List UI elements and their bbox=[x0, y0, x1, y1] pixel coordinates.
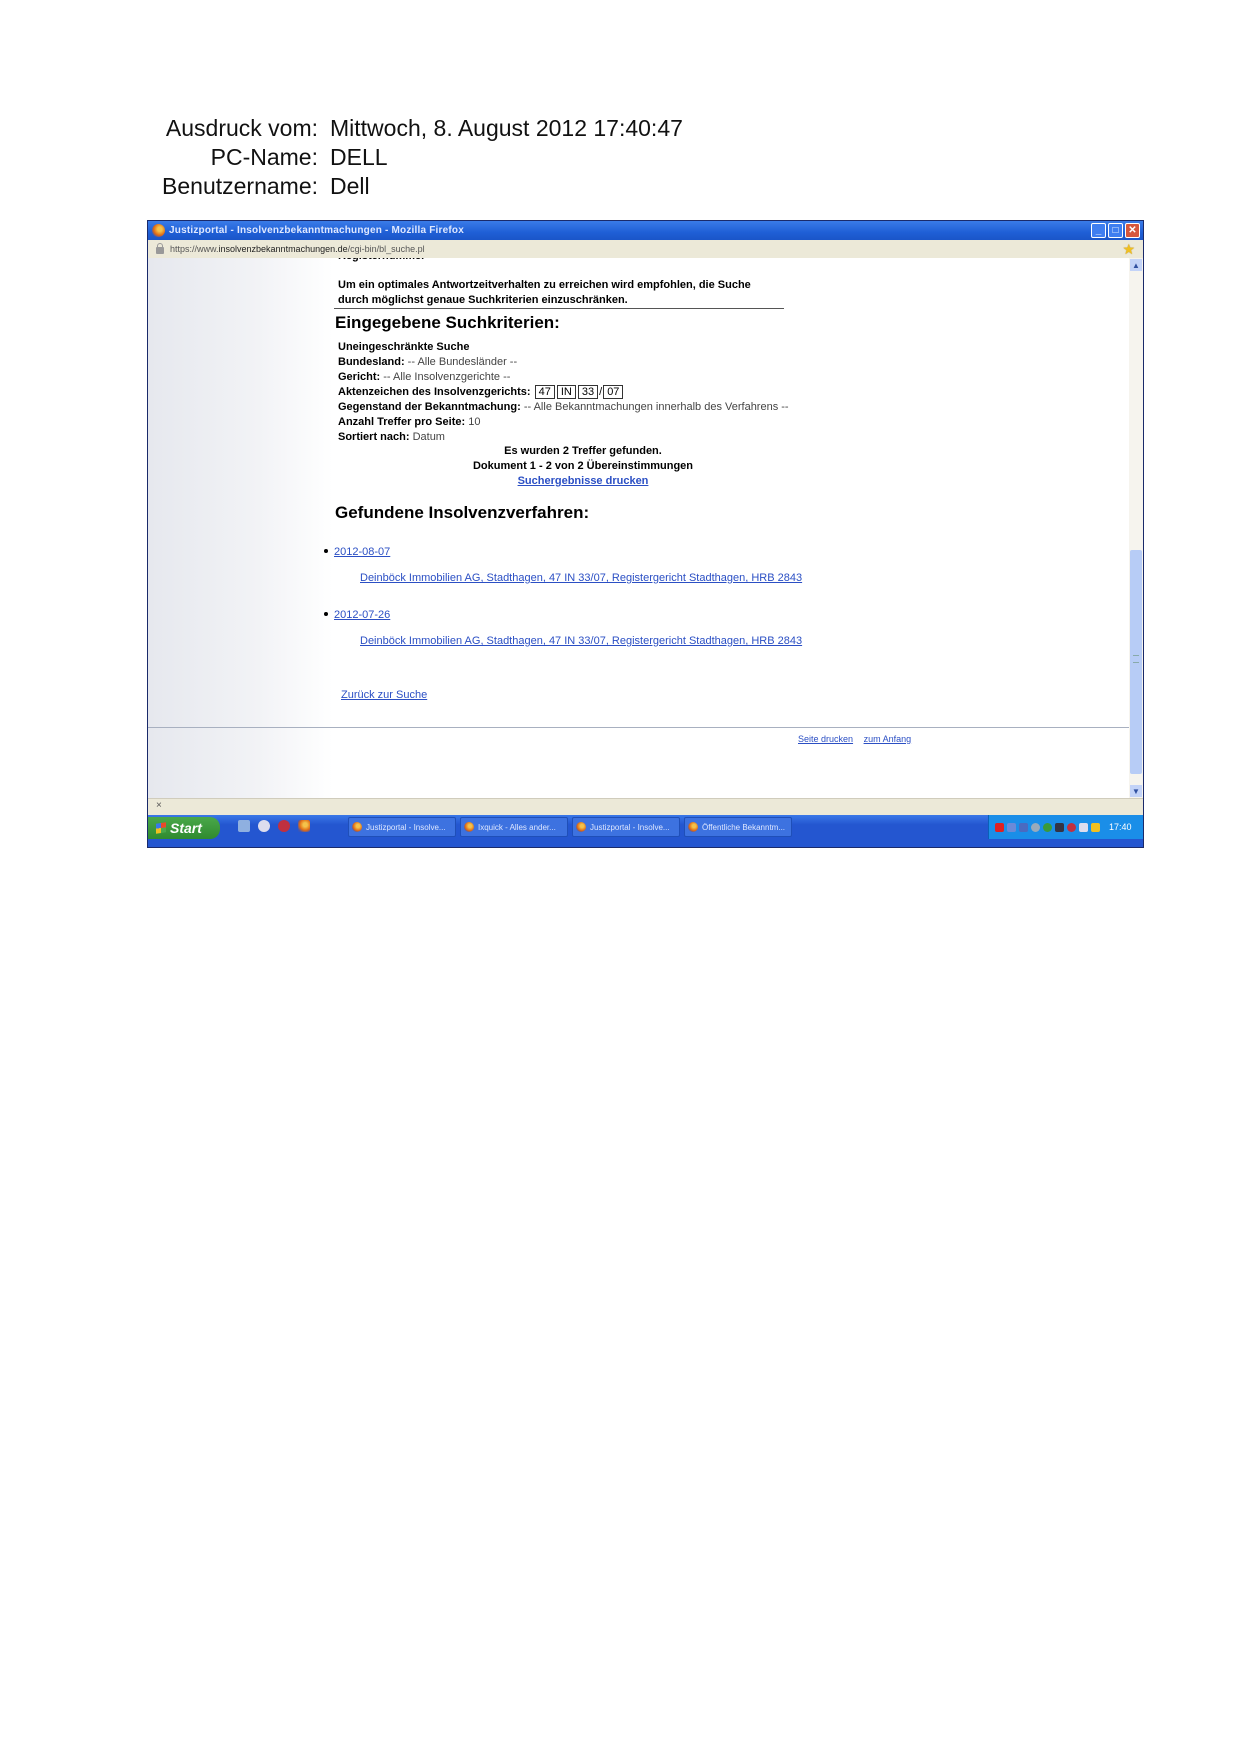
media-player-icon[interactable] bbox=[258, 820, 270, 832]
power-icon[interactable] bbox=[1091, 823, 1100, 832]
divider bbox=[334, 308, 784, 309]
footer-divider bbox=[148, 727, 1129, 728]
firefox-icon bbox=[152, 224, 165, 237]
gegenstand-value: -- Alle Bekanntmachungen innerhalb des V… bbox=[521, 401, 789, 413]
pc-name-row: PC-Name: DELL bbox=[140, 143, 683, 172]
sortiert-label: Sortiert nach: bbox=[338, 431, 410, 443]
minimize-button[interactable]: _ bbox=[1091, 223, 1106, 238]
result-entry-link[interactable]: Deinböck Immobilien AG, Stadthagen, 47 I… bbox=[360, 635, 802, 647]
device-icon[interactable] bbox=[1055, 823, 1064, 832]
username-value: Dell bbox=[330, 172, 370, 201]
print-page-link[interactable]: Seite drucken bbox=[798, 734, 853, 744]
back-to-search-link[interactable]: Zurück zur Suche bbox=[341, 689, 427, 701]
pc-name-label: PC-Name: bbox=[140, 143, 330, 172]
gericht-value: -- Alle Insolvenzgerichte -- bbox=[380, 371, 510, 383]
antivirus-icon[interactable] bbox=[995, 823, 1004, 832]
taskbar-item-label: Justizportal - Insolve... bbox=[366, 823, 446, 832]
taskbar-item-label: Ixquick - Alles ander... bbox=[478, 823, 556, 832]
print-date-label: Ausdruck vom: bbox=[140, 114, 330, 143]
display-icon[interactable] bbox=[1079, 823, 1088, 832]
search-criteria: Uneingeschränkte Suche Bundesland: -- Al… bbox=[338, 340, 789, 445]
app-tray-icon[interactable] bbox=[1067, 823, 1076, 832]
page-viewport: Registernummer Um ein optimales Antwortz… bbox=[148, 258, 1129, 798]
speaker-icon[interactable] bbox=[1031, 823, 1040, 832]
url-text[interactable]: https://www.insolvenzbekanntmachungen.de… bbox=[170, 244, 425, 254]
start-button[interactable]: Start bbox=[148, 817, 220, 839]
to-top-link[interactable]: zum Anfang bbox=[864, 734, 912, 744]
browser-screenshot: Justizportal - Insolvenzbekanntmachungen… bbox=[147, 220, 1144, 848]
vertical-scrollbar[interactable]: ▲ ▼ bbox=[1129, 258, 1143, 798]
result-entry: Deinböck Immobilien AG, Stadthagen, 47 I… bbox=[360, 572, 802, 584]
firefox-icon bbox=[688, 822, 698, 832]
criteria-aktenzeichen: Aktenzeichen des Insolvenzgerichts: 47IN… bbox=[338, 385, 789, 400]
print-results-link[interactable]: Suchergebnisse drucken bbox=[518, 475, 649, 487]
url-path: /cgi-bin/bl_suche.pl bbox=[348, 244, 425, 254]
clock[interactable]: 17:40 bbox=[1109, 822, 1132, 832]
firefox-icon bbox=[464, 822, 474, 832]
bundesland-label: Bundesland: bbox=[338, 356, 405, 368]
treffer-value: 10 bbox=[465, 416, 480, 428]
criteria-bundesland: Bundesland: -- Alle Bundesländer -- bbox=[338, 355, 789, 370]
criteria-sortiert: Sortiert nach: Datum bbox=[338, 430, 789, 445]
bullet-icon bbox=[324, 612, 328, 616]
address-bar[interactable]: https://www.insolvenzbekanntmachungen.de… bbox=[148, 240, 1143, 259]
aktenzeichen-part: 47 bbox=[535, 385, 555, 399]
bookmark-star-icon[interactable]: ★ bbox=[1122, 241, 1135, 257]
window-titlebar[interactable]: Justizportal - Insolvenzbekanntmachungen… bbox=[148, 221, 1143, 240]
criteria-gegenstand: Gegenstand der Bekanntmachung: -- Alle B… bbox=[338, 400, 789, 415]
page-sidebar bbox=[148, 258, 333, 798]
criteria-gericht: Gericht: -- Alle Insolvenzgerichte -- bbox=[338, 370, 789, 385]
scrollbar-thumb[interactable] bbox=[1130, 550, 1142, 774]
firefox-icon bbox=[352, 822, 362, 832]
url-prefix: https://www. bbox=[170, 244, 219, 254]
taskbar: Start Justizportal - Insolve... Ixquick … bbox=[148, 815, 1143, 847]
result-date-item: 2012-08-07 bbox=[324, 546, 390, 558]
scroll-up-icon[interactable]: ▲ bbox=[1130, 259, 1142, 271]
grip-icon bbox=[1133, 655, 1139, 663]
treffer-label: Anzahl Treffer pro Seite: bbox=[338, 416, 465, 428]
taskbar-item[interactable]: Öffentliche Bekanntm... bbox=[684, 817, 792, 837]
app-icon[interactable] bbox=[278, 820, 290, 832]
taskbar-item[interactable]: Justizportal - Insolve... bbox=[348, 817, 456, 837]
aktenzeichen-separator: / bbox=[599, 386, 602, 398]
quick-launch bbox=[238, 820, 310, 832]
bullet-icon bbox=[324, 549, 328, 553]
url-domain: insolvenzbekanntmachungen.de bbox=[219, 244, 348, 254]
found-heading: Gefundene Insolvenzverfahren: bbox=[335, 503, 589, 523]
print-date-value: Mittwoch, 8. August 2012 17:40:47 bbox=[330, 114, 683, 143]
footer-links: Seite drucken zum Anfang bbox=[798, 734, 919, 744]
pc-name-value: DELL bbox=[330, 143, 388, 172]
start-label: Start bbox=[170, 820, 202, 836]
close-button[interactable]: ✕ bbox=[1125, 223, 1140, 238]
result-entry: Deinböck Immobilien AG, Stadthagen, 47 I… bbox=[360, 635, 802, 647]
result-date-link[interactable]: 2012-07-26 bbox=[334, 609, 390, 621]
lock-icon bbox=[156, 247, 164, 254]
username-label: Benutzername: bbox=[140, 172, 330, 201]
gericht-label: Gericht: bbox=[338, 371, 380, 383]
system-tray: 17:40 bbox=[988, 815, 1143, 839]
criteria-treffer: Anzahl Treffer pro Seite: 10 bbox=[338, 415, 789, 430]
result-date-item: 2012-07-26 bbox=[324, 609, 390, 621]
taskbar-items: Justizportal - Insolve... Ixquick - Alle… bbox=[348, 817, 792, 837]
firefox-icon[interactable] bbox=[298, 820, 310, 832]
gegenstand-label: Gegenstand der Bekanntmachung: bbox=[338, 401, 521, 413]
result-date-link[interactable]: 2012-08-07 bbox=[334, 546, 390, 558]
results-range: Dokument 1 - 2 von 2 Übereinstimmungen bbox=[338, 459, 828, 474]
scroll-down-icon[interactable]: ▼ bbox=[1130, 785, 1142, 797]
hits-found: Es wurden 2 Treffer gefunden. bbox=[338, 444, 828, 459]
find-bar: × bbox=[148, 798, 1143, 816]
window-title: Justizportal - Insolvenzbekanntmachungen… bbox=[169, 225, 464, 236]
window-controls: _ □ ✕ bbox=[1091, 223, 1140, 238]
taskbar-item[interactable]: Ixquick - Alles ander... bbox=[460, 817, 568, 837]
back-link-container: Zurück zur Suche bbox=[341, 689, 427, 701]
maximize-button[interactable]: □ bbox=[1108, 223, 1123, 238]
unrestricted-search: Uneingeschränkte Suche bbox=[338, 340, 789, 355]
findbar-close-icon[interactable]: × bbox=[156, 800, 162, 811]
firefox-icon bbox=[576, 822, 586, 832]
taskbar-item-label: Justizportal - Insolve... bbox=[590, 823, 670, 832]
performance-notice: Um ein optimales Antwortzeitverhalten zu… bbox=[338, 278, 778, 308]
print-header: Ausdruck vom: Mittwoch, 8. August 2012 1… bbox=[140, 114, 683, 201]
aktenzeichen-part: IN bbox=[557, 385, 576, 399]
sortiert-value: Datum bbox=[410, 431, 445, 443]
taskbar-item[interactable]: Justizportal - Insolve... bbox=[572, 817, 680, 837]
show-desktop-icon[interactable] bbox=[238, 820, 250, 832]
cut-off-heading: Registernummer bbox=[338, 258, 425, 262]
username-row: Benutzername: Dell bbox=[140, 172, 683, 201]
network-icon[interactable] bbox=[1019, 823, 1028, 832]
results-summary: Es wurden 2 Treffer gefunden. Dokument 1… bbox=[338, 444, 828, 489]
result-entry-link[interactable]: Deinböck Immobilien AG, Stadthagen, 47 I… bbox=[360, 572, 802, 584]
aktenzeichen-label: Aktenzeichen des Insolvenzgerichts: bbox=[338, 386, 531, 398]
bundesland-value: -- Alle Bundesländer -- bbox=[405, 356, 518, 368]
aktenzeichen-part: 07 bbox=[603, 385, 623, 399]
criteria-heading: Eingegebene Suchkriterien: bbox=[335, 313, 560, 333]
taskbar-item-label: Öffentliche Bekanntm... bbox=[702, 823, 785, 832]
print-date-row: Ausdruck vom: Mittwoch, 8. August 2012 1… bbox=[140, 114, 683, 143]
network-icon[interactable] bbox=[1007, 823, 1016, 832]
windows-flag-icon bbox=[156, 822, 166, 833]
aktenzeichen-part: 33 bbox=[578, 385, 598, 399]
update-icon[interactable] bbox=[1043, 823, 1052, 832]
